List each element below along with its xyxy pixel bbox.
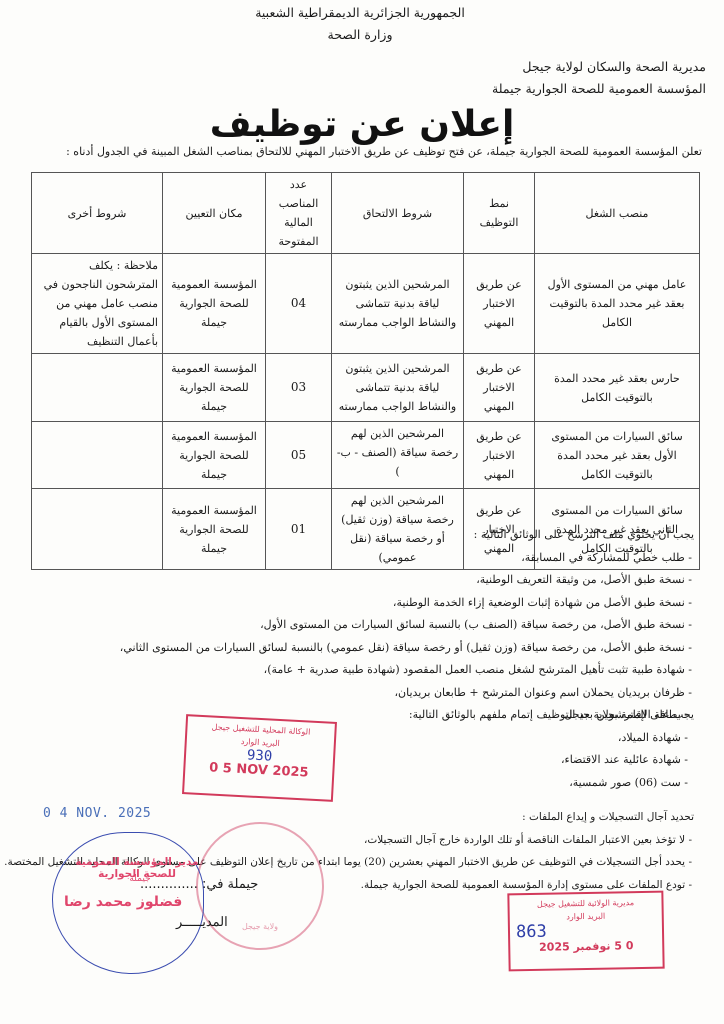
cell-location: المؤسسة العمومية للصحة الجوارية جيملة <box>163 422 266 489</box>
cell-mode: عن طريق الاختبار المهني <box>464 354 535 422</box>
directorate-name: مديرية الصحة والسكان لولاية جيجل <box>406 56 706 78</box>
cell-location: المؤسسة العمومية للصحة الجوارية جيملة <box>163 354 266 422</box>
received-date-stamp: 0 4 NOV. 2025 <box>43 806 151 821</box>
intro-text: تعلن المؤسسة العمومية للصحة الجوارية جيم… <box>12 145 702 158</box>
agency-stamp: الوكالة المحلية للتشغيل جيجل البريد الوا… <box>182 714 337 802</box>
cell-other: ملاحظة : يكلف المترشحون الناجحون في منصب… <box>32 254 163 354</box>
col-header-location: مكان التعيين <box>163 173 266 254</box>
after-hiring-item: - شهادة عائلية عند الاقتضاء، <box>274 749 694 772</box>
cell-conditions: المرشحين الذين يثبتون لياقة بدنية تتماشى… <box>332 354 464 422</box>
table-header-row: منصب الشغل نمط التوظيف شروط الالتحاق عدد… <box>32 173 700 254</box>
signature-title: المديـــــر <box>176 915 228 930</box>
document-item: - شهادة طبية تثبت تأهيل المترشح لشغل منص… <box>94 659 694 682</box>
cell-mode: عن طريق الاختبار المهني <box>464 422 535 489</box>
col-header-mode: نمط التوظيف <box>464 173 535 254</box>
cell-mode: عن طريق الاختبار المهني <box>464 254 535 354</box>
director-stamp-name: فضلوز محمد رضا <box>64 894 182 910</box>
cell-position: حارس بعقد غير محدد المدة بالتوقيت الكامل <box>535 354 700 422</box>
country-name: الجمهورية الجزائرية الديمقراطية الشعبية <box>230 2 490 24</box>
col-header-position: منصب الشغل <box>535 173 700 254</box>
cell-position: عامل مهني من المستوى الأول بعقد غير محدد… <box>535 254 700 354</box>
signature-place-date: جيملة في: .............. <box>140 877 258 892</box>
documents-heading: يجب أن يحتوي ملف الترشح على الوثائق التا… <box>94 524 694 547</box>
document-item: - نسخة طبق الأصل، من رخصة سياقة (وزن ثقي… <box>94 637 694 660</box>
table-row: حارس بعقد غير محدد المدة بالتوقيت الكامل… <box>32 354 700 422</box>
document-item: - نسخة طبق الأصل، من رخصة سياقة (الصنف ب… <box>94 614 694 637</box>
after-hiring-documents: يجب على المترشحين بعد التوظيف إتمام ملفه… <box>274 704 694 794</box>
cell-count: 04 <box>266 254 332 354</box>
table-row: سائق السيارات من المستوى الأول بعقد غير … <box>32 422 700 489</box>
page-title: إعلان عن توظيف <box>0 104 724 145</box>
col-header-count: عدد المناصب المالية المفتوحة <box>266 173 332 254</box>
cell-other <box>32 354 163 422</box>
letterhead-right: مديرية الصحة والسكان لولاية جيجل المؤسسة… <box>406 56 706 100</box>
after-hiring-item: - شهادة الميلاد، <box>274 727 694 750</box>
wilaya-stamp: مديرية الولائية للتشغيل جيجل البريد الوا… <box>507 891 664 972</box>
institution-name: المؤسسة العمومية للصحة الجوارية جيملة <box>406 78 706 100</box>
after-hiring-heading: يجب على المترشحين بعد التوظيف إتمام ملفه… <box>274 704 694 727</box>
col-header-conditions: شروط الالتحاق <box>332 173 464 254</box>
table-row: عامل مهني من المستوى الأول بعقد غير محدد… <box>32 254 700 354</box>
cell-count: 05 <box>266 422 332 489</box>
cell-conditions: المرشحين الذين لهم رخصة سياقة (الصنف - ب… <box>332 422 464 489</box>
cell-location: المؤسسة العمومية للصحة الجوارية جيملة <box>163 254 266 354</box>
cell-count: 03 <box>266 354 332 422</box>
cell-conditions: المرشحين الذين يثبتون لياقة بدنية تتماشى… <box>332 254 464 354</box>
required-documents: يجب أن يحتوي ملف الترشح على الوثائق التا… <box>94 524 694 727</box>
document-item: - نسخة طبق الأصل من شهادة إثبات الوضعية … <box>94 592 694 615</box>
after-hiring-item: - ست (06) صور شمسية، <box>274 772 694 795</box>
positions-table: منصب الشغل نمط التوظيف شروط الالتحاق عدد… <box>31 172 700 570</box>
cell-other <box>32 422 163 489</box>
ministry-name: وزارة الصحة <box>230 24 490 46</box>
document-item: - طلب خطي للمشاركة في المسابقة، <box>94 547 694 570</box>
col-header-other: شروط أخرى <box>32 173 163 254</box>
cell-position: سائق السيارات من المستوى الأول بعقد غير … <box>535 422 700 489</box>
letterhead-center: الجمهورية الجزائرية الديمقراطية الشعبية … <box>230 2 490 46</box>
document-item: - ظرفان بريديان يحملان اسم وعنوان المترش… <box>94 682 694 705</box>
document-item: - نسخة طبق الأصل، من وثيقة التعريف الوطن… <box>94 569 694 592</box>
